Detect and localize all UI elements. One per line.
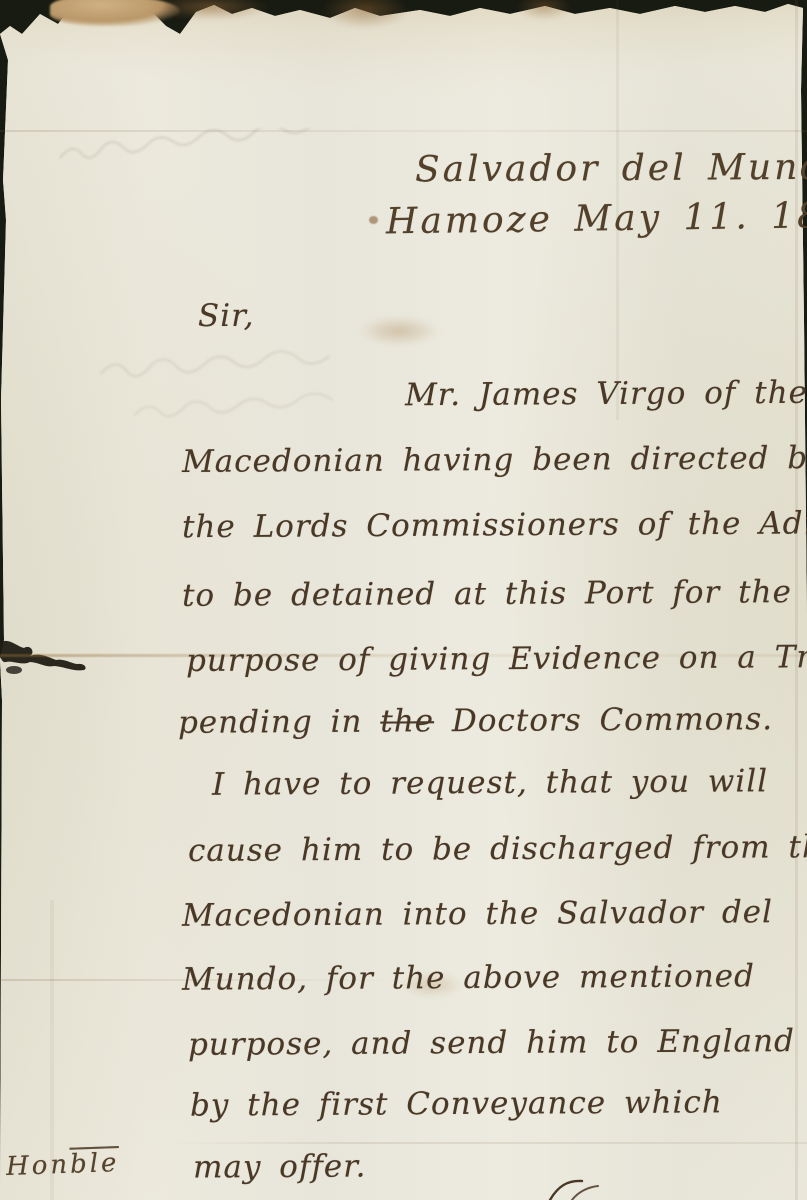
heading-date-line: Hamoze May 11. 1811: [386, 195, 807, 243]
body-line: to be detained at this Port for the: [182, 574, 792, 614]
heading-place-line: Salvador del Mundo: [415, 147, 807, 191]
body-line-with-strikethrough: pending in the Doctors Commons.: [178, 701, 773, 741]
body-line: by the first Conveyance which: [190, 1084, 723, 1123]
struck-word: the: [380, 703, 434, 739]
body-line: Macedonian having been directed by: [182, 440, 807, 480]
body-line: the Lords Commissioners of the Admiralty: [182, 505, 807, 546]
body-line: purpose of giving Evidence on a Trial: [186, 639, 807, 679]
body-line: purpose, and send him to England: [188, 1023, 795, 1063]
body-line: cause him to be discharged from the: [188, 829, 807, 869]
body-line: Mr. James Virgo of the: [405, 375, 807, 413]
letter-scan: { "document": { "kind_label": "handwritt…: [0, 0, 807, 1200]
body-line: Mundo, for the above mentioned: [182, 958, 755, 997]
strike-line-before: pending in: [178, 704, 381, 741]
body-line: Macedonian into the Salvador del: [182, 894, 773, 934]
salutation: Sir,: [198, 298, 255, 334]
body-line: I have to request, that you will: [212, 763, 768, 802]
body-line: may offer.: [193, 1148, 367, 1185]
strike-line-after: Doctors Commons.: [434, 701, 773, 739]
docket-prefix: Hon: [6, 1150, 71, 1182]
docket-honourable: Honble: [6, 1148, 120, 1182]
docket-suffix-overlined: ble: [70, 1148, 120, 1180]
